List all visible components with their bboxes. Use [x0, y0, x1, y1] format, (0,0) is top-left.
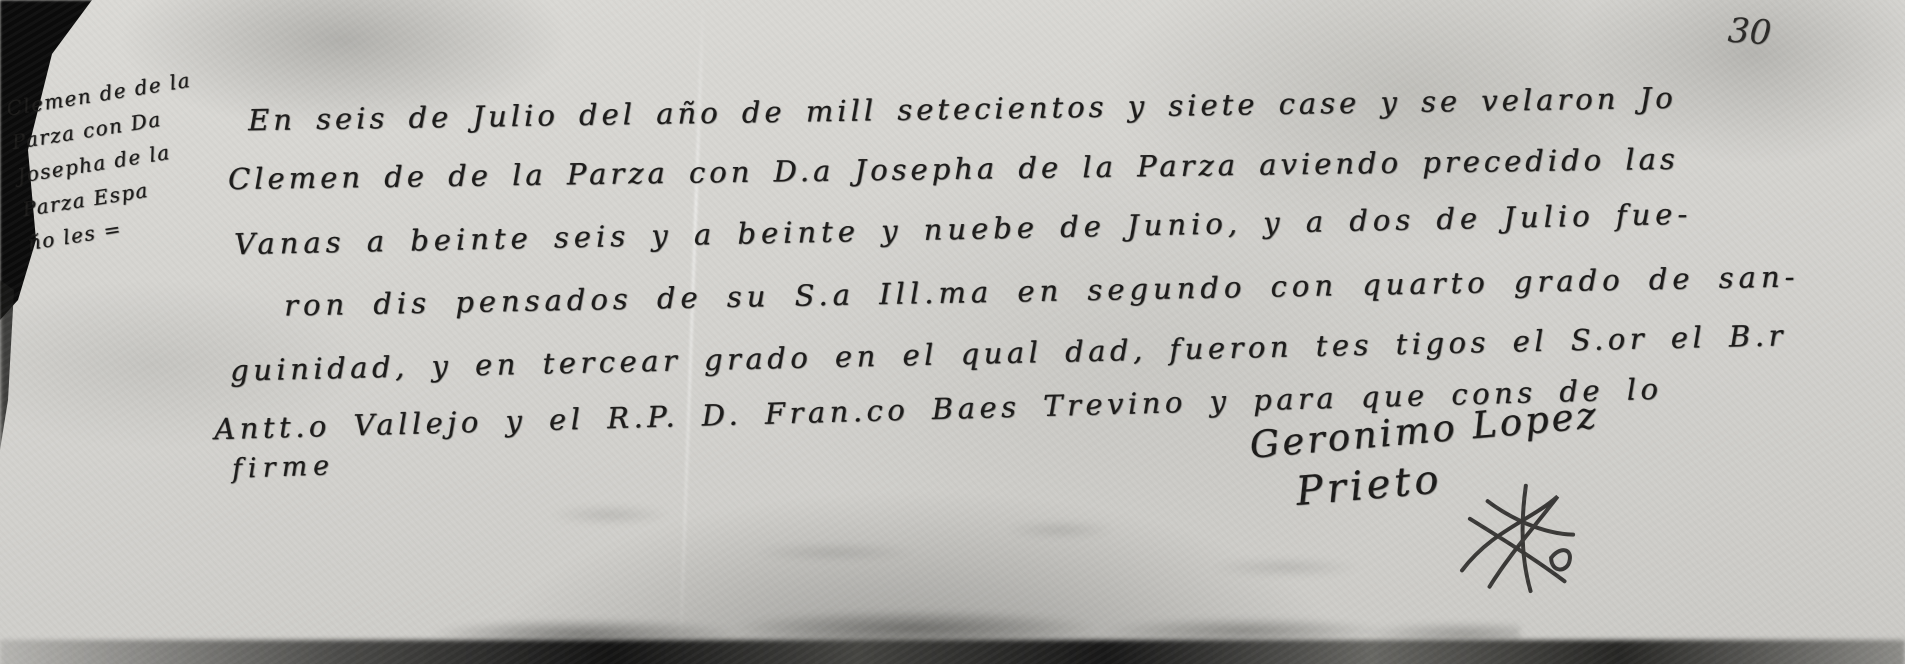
manuscript-line-4: ron dis pensados de su S.a Ill.ma en seg… — [284, 259, 1800, 322]
margin-note: Clemen de de la Parza con Da Josepha de … — [4, 54, 268, 259]
closing-word: firme — [231, 450, 335, 485]
rubric-flourish-icon — [1429, 458, 1597, 618]
page-number: 30 — [1727, 11, 1773, 54]
scan-edge-bottom — [0, 640, 1905, 664]
manuscript-line-3: Vanas a beinte seis y a beinte y nuebe d… — [234, 197, 1693, 262]
show-through-smudge — [520, 470, 1420, 620]
manuscript-line-1: En seis de Julio del año de mill setecie… — [248, 81, 1677, 137]
manuscript-line-2: Clemen de de la Parza con D.a Josepha de… — [228, 142, 1679, 196]
document-page: 30 Clemen de de la Parza con Da Josepha … — [0, 0, 1905, 664]
scan-edge-left — [0, 280, 26, 460]
